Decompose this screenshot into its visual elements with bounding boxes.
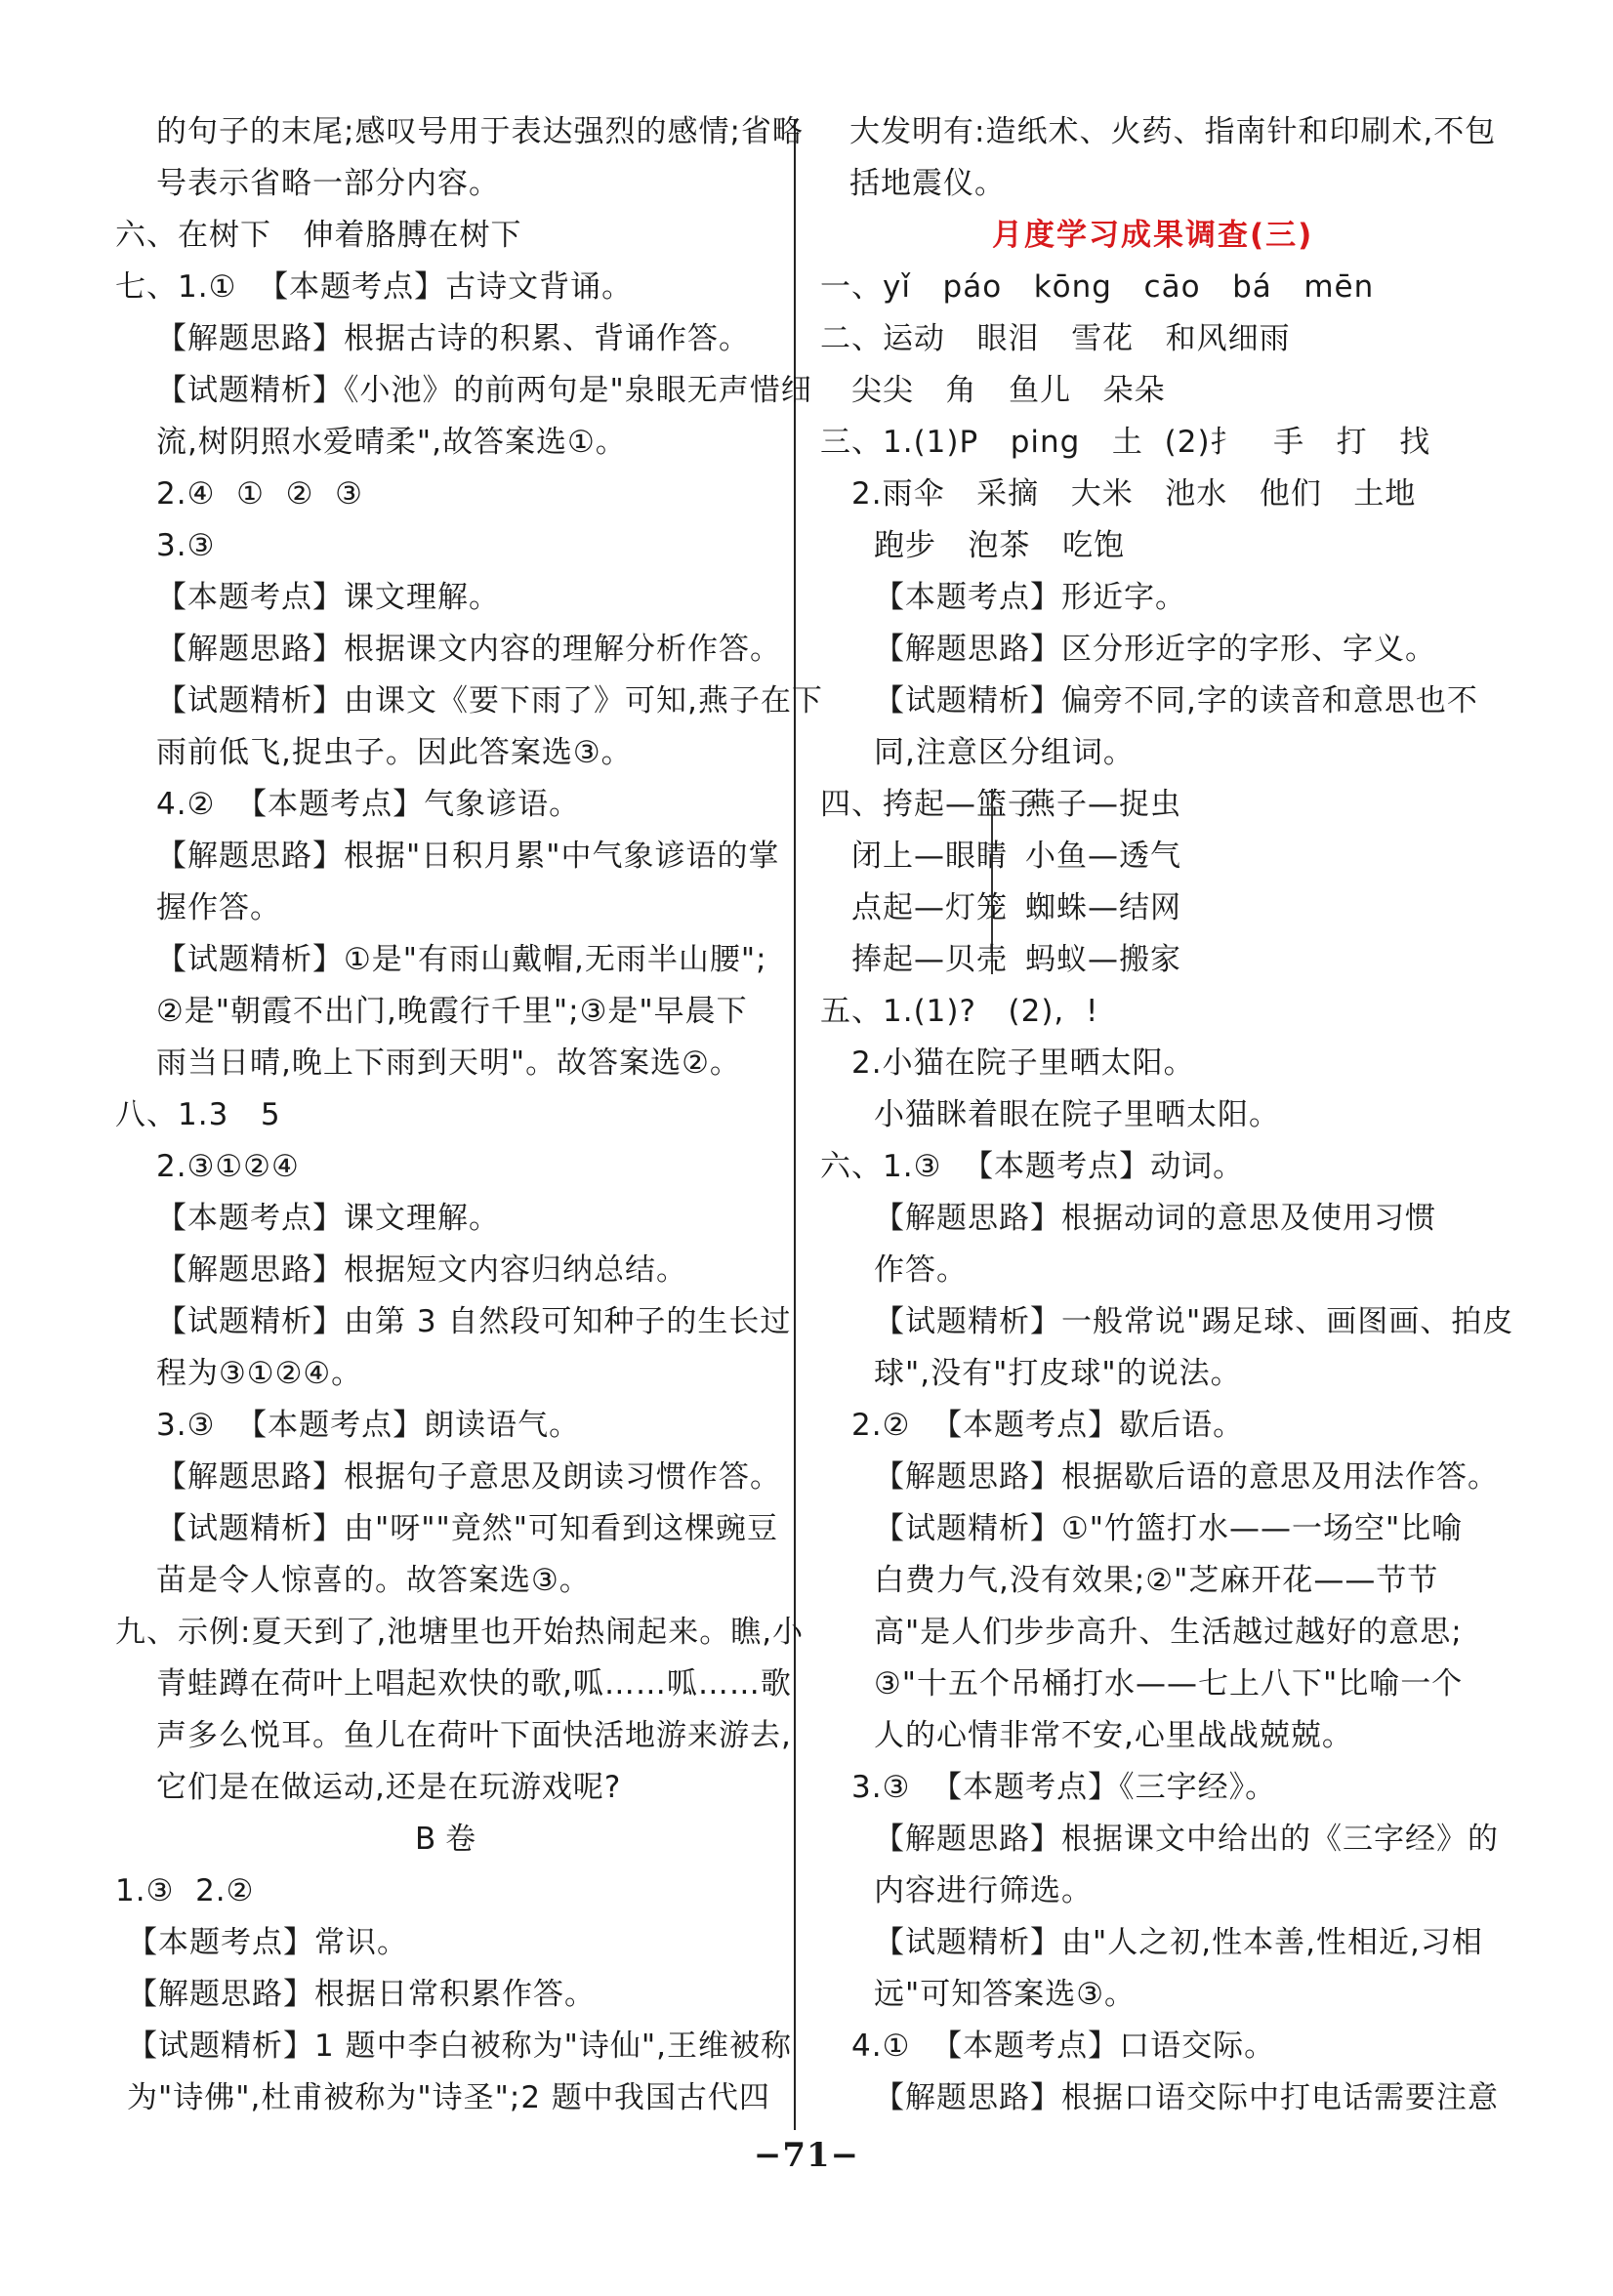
answer-line: 内容进行筛选。 (874, 1871, 1093, 1910)
answer-line: 【解题思路】根据句子意思及朗读习惯作答。 (156, 1457, 781, 1496)
answer-line: 3.③ 【本题考点】朗读语气。 (156, 1406, 580, 1445)
matching-pair: 点起—灯笼 (851, 888, 1008, 927)
answer-line: 括地震仪。 (849, 164, 1006, 203)
matching-pair: 捧起—贝壳 (851, 940, 1008, 979)
answer-line: 【试题精析】《小池》的前两句是"泉眼无声惜细 (156, 371, 812, 410)
answer-line: 小猫眯着眼在院子里晒太阳。 (874, 1095, 1280, 1134)
answer-line: 【解题思路】根据日常积累作答。 (127, 1975, 596, 2014)
answer-line: 为"诗佛",杜甫被称为"诗圣";2 题中我国古代四 (127, 2078, 770, 2117)
answer-line: 【解题思路】根据口语交际中打电话需要注意 (874, 2078, 1499, 2117)
answer-line: 【试题精析】①是"有雨山戴帽,无雨半山腰"; (156, 940, 767, 979)
matching-pair: 蜘蛛—结网 (1025, 888, 1181, 927)
matching-pair: 小鱼—透气 (1025, 837, 1181, 876)
answer-line: 【解题思路】根据课文内容的理解分析作答。 (156, 630, 781, 669)
answer-line: 雨当日晴,晚上下雨到天明"。故答案选②。 (156, 1044, 741, 1083)
answer-line: 大发明有:造纸术、火药、指南针和印刷术,不包 (849, 112, 1496, 151)
answer-line: 它们是在做运动,还是在玩游戏呢? (156, 1768, 621, 1807)
answer-line: 4.② 【本题考点】气象谚语。 (156, 785, 580, 824)
column-divider (794, 119, 796, 2130)
answer-line: ③"十五个吊桶打水——七上八下"比喻一个 (874, 1664, 1463, 1703)
answer-line: 1.③ 2.② (115, 1871, 254, 1910)
answer-line: 【解题思路】根据古诗的积累、背诵作答。 (156, 319, 750, 358)
answer-line: 握作答。 (156, 888, 281, 927)
answer-line: 球",没有"打皮球"的说法。 (874, 1354, 1242, 1393)
answer-line: 【试题精析】由"呀""竟然"可知看到这棵豌豆 (156, 1509, 778, 1548)
answer-line: 二、运动 眼泪 雪花 和风细雨 (820, 319, 1291, 358)
answer-line: 2.雨伞 采摘 大米 池水 他们 土地 (851, 474, 1416, 513)
answer-line: 同,注意区分组词。 (874, 733, 1135, 772)
answer-line: 六、在树下 伸着胳膊在树下 (115, 216, 522, 255)
matching-pair: 闭上—眼睛 (851, 837, 1008, 876)
answer-line: 【解题思路】根据短文内容归纳总结。 (156, 1250, 687, 1290)
answer-line: 五、1.(1)? (2), ! (820, 992, 1098, 1031)
answer-line: 【本题考点】形近字。 (874, 578, 1186, 617)
answer-line: 一、yǐ páo kōng cāo bá mēn (820, 267, 1374, 307)
answer-line: 人的心情非常不安,心里战战兢兢。 (874, 1716, 1353, 1755)
answer-line: 2.小猫在院子里晒太阳。 (851, 1044, 1195, 1083)
answer-line: 【本题考点】课文理解。 (156, 1199, 500, 1238)
answer-line: 2.② 【本题考点】歇后语。 (851, 1406, 1244, 1445)
answer-line: 八、1.3 5 (115, 1095, 281, 1134)
page-number: −71− (0, 2136, 1613, 2175)
answer-line: 【试题精析】偏旁不同,字的读音和意思也不 (874, 681, 1478, 720)
answer-line: 2.③①②④ (156, 1147, 300, 1186)
answer-line: 七、1.① 【本题考点】古诗文背诵。 (115, 267, 633, 307)
answer-line: 【解题思路】根据课文中给出的《三字经》的 (874, 1820, 1499, 1859)
matching-pair: 四、挎起—篮子 (820, 785, 1039, 824)
answer-line: 尖尖 角 鱼儿 朵朵 (851, 371, 1166, 410)
answer-line: 【解题思路】根据动词的意思及使用习惯 (874, 1199, 1436, 1238)
answer-line: 流,树阴照水爱晴柔",故答案选①。 (156, 423, 627, 462)
matching-pair: 燕子—捉虫 (1025, 785, 1181, 824)
answer-line: 跑步 泡茶 吃饱 (874, 526, 1125, 565)
answer-line: 【本题考点】常识。 (127, 1923, 408, 1962)
answer-line: 声多么悦耳。鱼儿在荷叶下面快活地游来游去, (156, 1716, 792, 1755)
answer-line: 3.③ 【本题考点】《三字经》。 (851, 1768, 1276, 1807)
matching-pair: 蚂蚁—搬家 (1025, 940, 1181, 979)
answer-line: 【解题思路】根据歇后语的意思及用法作答。 (874, 1457, 1499, 1496)
answer-line: 4.① 【本题考点】口语交际。 (851, 2027, 1275, 2066)
answer-line: ②是"朝霞不出门,晚霞行千里";③是"早晨下 (156, 992, 748, 1031)
monthly-survey-title: 月度学习成果调查(三) (992, 216, 1313, 255)
answer-line: 【试题精析】①"竹篮打水——一场空"比喻 (874, 1509, 1463, 1548)
answer-line: 白费力气,没有效果;②"芝麻开花——节节 (874, 1561, 1438, 1600)
answer-line: 【本题考点】课文理解。 (156, 578, 500, 617)
answer-line: 远"可知答案选③。 (874, 1975, 1136, 2014)
answer-line: 九、示例:夏天到了,池塘里也开始热闹起来。瞧,小 (115, 1613, 804, 1652)
answer-line: 【解题思路】区分形近字的字形、字义。 (874, 630, 1436, 669)
answer-line: 【试题精析】由课文《要下雨了》可知,燕子在下 (156, 681, 823, 720)
answer-line: 3.③ (156, 526, 215, 565)
answer-line: 号表示省略一部分内容。 (156, 164, 500, 203)
answer-line: 作答。 (874, 1250, 968, 1290)
answer-line: 苗是令人惊喜的。故答案选③。 (156, 1561, 591, 1600)
answer-line: 【解题思路】根据"日积月累"中气象谚语的掌 (156, 837, 780, 876)
answer-line: 【试题精析】1 题中李白被称为"诗仙",王维被称 (127, 2027, 792, 2066)
answer-line: 程为③①②④。 (156, 1354, 362, 1393)
section-b-title: B 卷 (415, 1820, 476, 1859)
answer-line: 的句子的末尾;感叹号用于表达强烈的感情;省略 (156, 112, 804, 151)
answer-line: 高"是人们步步高升、生活越过越好的意思; (874, 1613, 1463, 1652)
answer-line: 雨前低飞,捉虫子。因此答案选③。 (156, 733, 633, 772)
answer-line: 六、1.③ 【本题考点】动词。 (820, 1147, 1244, 1186)
answer-line: 【试题精析】一般常说"踢足球、画图画、拍皮 (874, 1302, 1513, 1341)
answer-line: 【试题精析】由"人之初,性本善,性相近,习相 (874, 1923, 1483, 1962)
answer-line: 青蛙蹲在荷叶上唱起欢快的歌,呱……呱……歌 (156, 1664, 792, 1703)
answer-line: 三、1.(1)P ping ⼟ (2)扌 手 打 找 (820, 423, 1430, 462)
answer-line: 2.④ ① ② ③ (156, 474, 363, 513)
answer-line: 【试题精析】由第 3 自然段可知种子的生长过 (156, 1302, 791, 1341)
